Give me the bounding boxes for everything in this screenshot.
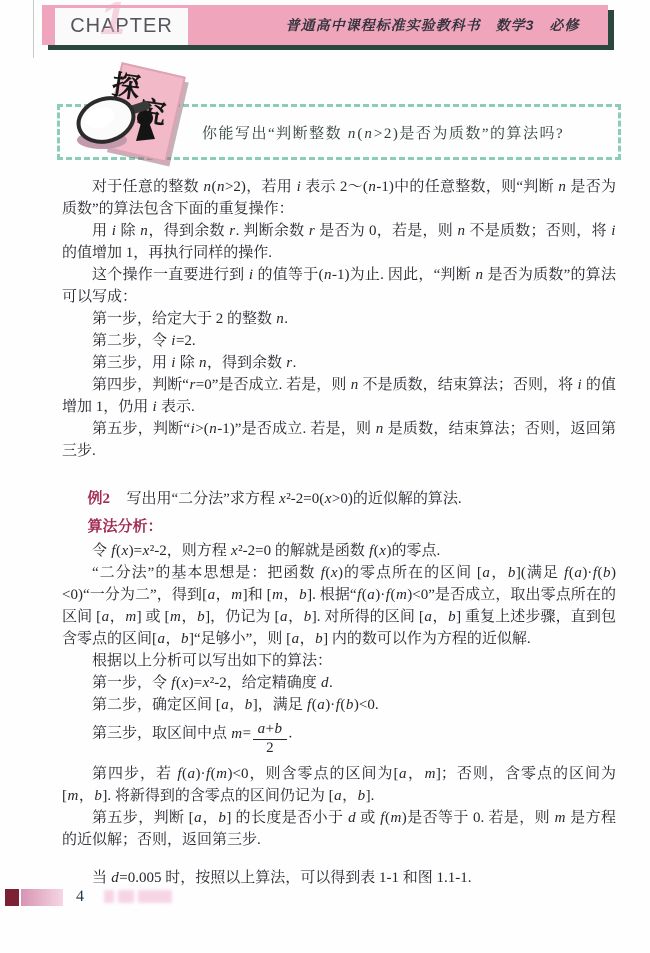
algorithm-step: 第五步，判断 [a，b] 的长度是否小于 d 或 f(m)是否等于 0. 若是，… [62,807,616,851]
chapter-box: CHAPTER [55,8,188,45]
textbook-page: 1 CHAPTER 普通高中课程标准实验教科书 数学3 必修 你能写出“判断整数… [0,0,650,953]
algorithm-step: 第一步，令 f(x)=x²-2，给定精确度 d. [62,672,616,694]
step3-pre: 第三步，取区间中点 m= [92,726,251,742]
intro-paragraphs: 对于任意的整数 n(n>2)，若用 i 表示 2～(n-1)中的任意整数，则“判… [62,176,616,308]
analysis-paragraphs: 令 f(x)=x²-2，则方程 x²-2=0 的解就是函数 f(x)的零点.“二… [62,540,616,672]
explore-question: 你能写出“判断整数 n(n>2)是否为质数”的算法吗? [202,122,564,143]
header-banner: 1 CHAPTER 普通高中课程标准实验教科书 数学3 必修 [42,5,608,45]
paragraph: 对于任意的整数 n(n>2)，若用 i 表示 2～(n-1)中的任意整数，则“判… [62,176,616,220]
fraction-denominator: 2 [253,740,286,757]
page-header: 1 CHAPTER 普通高中课程标准实验教科书 数学3 必修 [42,5,608,45]
footer-decoration [5,889,63,906]
analysis-heading: 算法分析： [62,516,616,538]
algorithm1-steps: 第一步，给定大于 2 的整数 n.第二步，令 i=2.第三步，用 i 除 n，得… [62,308,616,462]
algorithm2-steps-before: 第一步，令 f(x)=x²-2，给定精确度 d.第二步，确定区间 [a，b]，满… [62,672,616,716]
fraction-numerator: a+b [253,722,286,740]
paragraph: “二分法”的基本思想是：把函数 f(x)的零点所在的区间 [a，b](满足 f(… [62,562,616,650]
explore-magnifier-icon: 探 究 [68,56,206,170]
banner-title: 普通高中课程标准实验教科书 数学3 必修 [272,5,593,45]
example2-text: 写出用“二分法”求方程 x²-2=0(x>0)的近似解的算法. [127,491,462,507]
algorithm-step: 第二步，令 i=2. [62,330,616,352]
footer-stamp-smudge [104,890,172,905]
fraction: a+b2 [253,722,286,757]
algorithm-step: 第四步，若 f(a)·f(m)<0，则含零点的区间为[a，m]；否则，含零点的区… [62,763,616,807]
example2-label: 例2 [88,491,111,507]
body-text: 对于任意的整数 n(n>2)，若用 i 表示 2～(n-1)中的任意整数，则“判… [62,176,616,889]
footer-pink-block [21,889,63,906]
scan-artifact [33,0,34,58]
paragraph: 这个操作一直要进行到 i 的值等于(n-1)为止. 因此，“判断 n 是否为质数… [62,264,616,308]
closing-paragraph: 当 d=0.005 时，按照以上算法，可以得到表 1-1 和图 1.1-1. [62,867,616,889]
footer-dark-block [5,889,19,906]
algorithm2-step3: 第三步，取区间中点 m=a+b2. [62,722,616,757]
algorithm2-steps-after: 第四步，若 f(a)·f(m)<0，则含零点的区间为[a，m]；否则，含零点的区… [62,763,616,851]
paragraph: 根据以上分析可以写出如下的算法： [62,650,616,672]
chapter-label: CHAPTER [70,15,173,38]
algorithm-step: 第二步，确定区间 [a，b]，满足 f(a)·f(b)<0. [62,694,616,716]
algorithm-step: 第五步，判断“i>(n-1)”是否成立. 若是，则 n 是质数，结束算法；否则，… [62,418,616,462]
paragraph: 令 f(x)=x²-2，则方程 x²-2=0 的解就是函数 f(x)的零点. [62,540,616,562]
algorithm-step: 第三步，用 i 除 n，得到余数 r. [62,352,616,374]
algorithm-step: 第四步，判断“r=0”是否成立. 若是，则 n 不是质数，结束算法；否则，将 i… [62,374,616,418]
page-number: 4 [76,888,84,906]
paragraph: 用 i 除 n，得到余数 r. 判断余数 r 是否为 0，若是，则 n 不是质数… [62,220,616,264]
algorithm-step: 第一步，给定大于 2 的整数 n. [62,308,616,330]
example2-line: 例2写出用“二分法”求方程 x²-2=0(x>0)的近似解的算法. [62,488,616,510]
step3-post: . [289,726,293,742]
